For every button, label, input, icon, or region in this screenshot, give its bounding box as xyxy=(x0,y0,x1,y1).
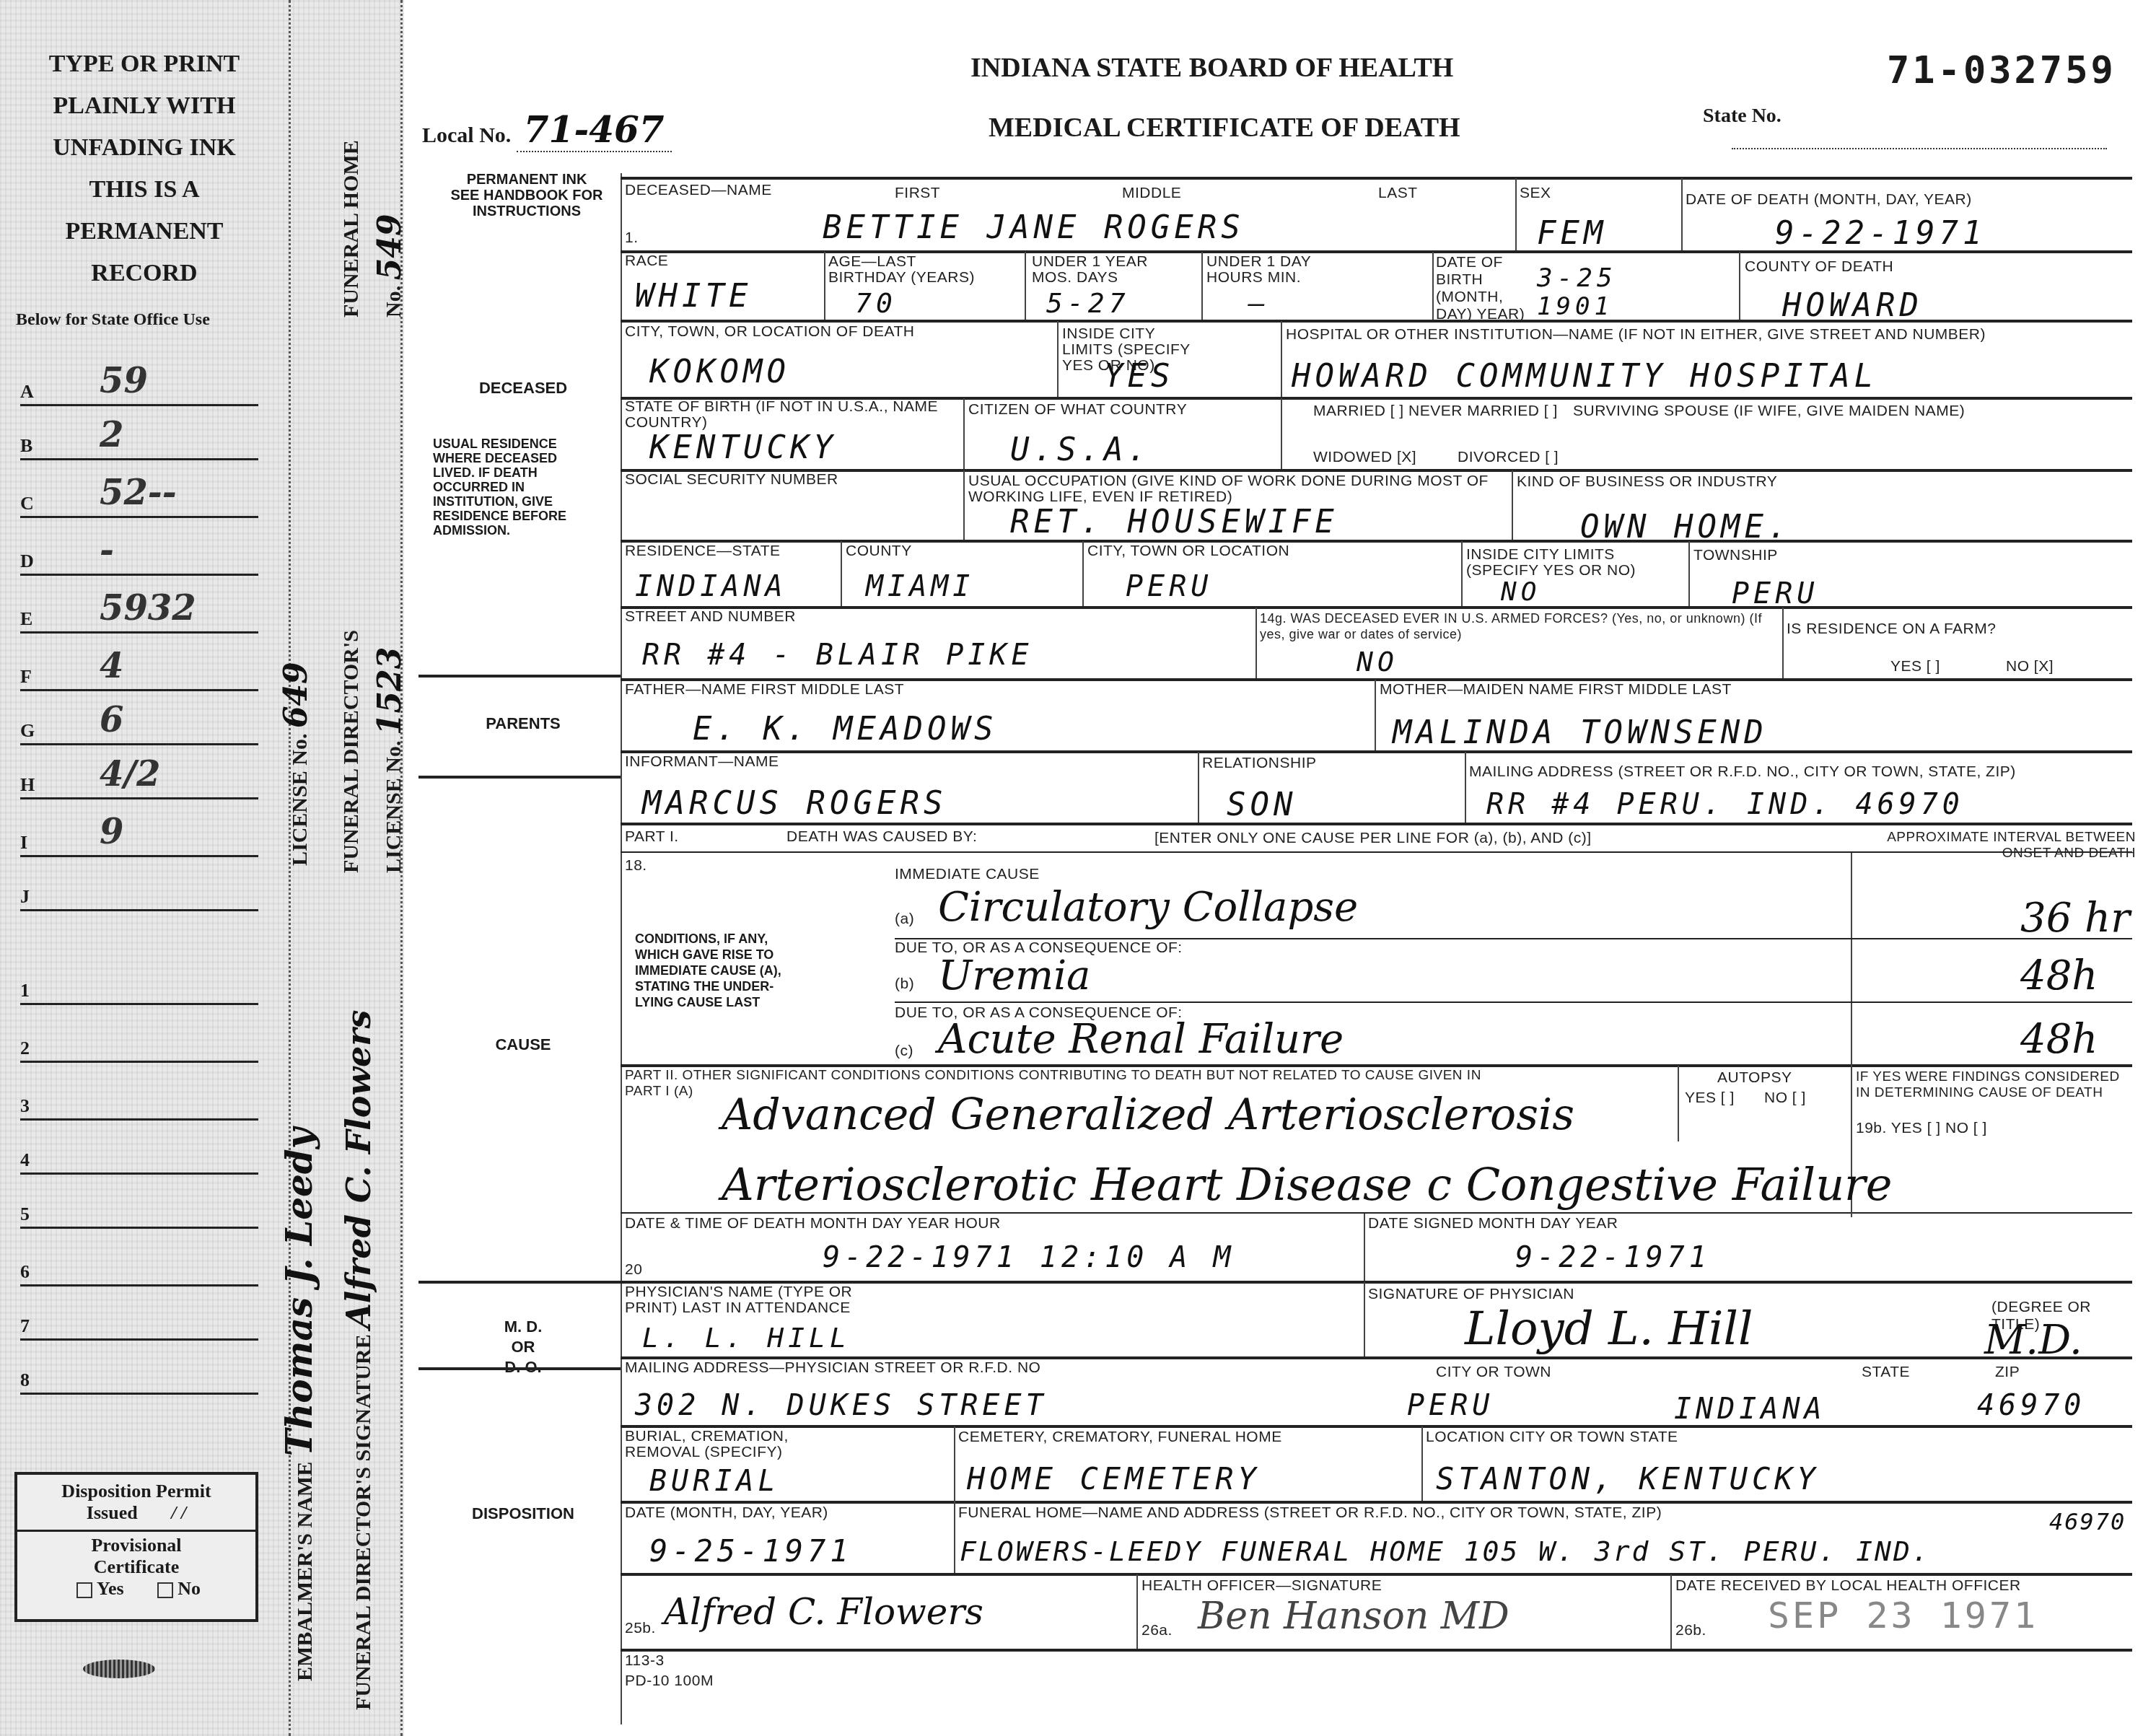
father-label: FATHER—NAME FIRST MIDDLE LAST xyxy=(625,681,904,698)
state-code-row: E5932 xyxy=(20,588,258,634)
state-number-row: 7 xyxy=(20,1295,258,1341)
funeral-home-address: FLOWERS-LEEDY FUNERAL HOME 105 W. 3rd ST… xyxy=(960,1535,1931,1567)
row-label: I xyxy=(20,832,27,854)
relationship: SON xyxy=(1227,786,1297,823)
row-label: H xyxy=(20,774,35,796)
cell-divider xyxy=(1515,178,1517,250)
cell-divider xyxy=(1465,752,1466,823)
cause-b: Uremia xyxy=(938,952,1091,999)
embalmer-license-label: LICENSE No. 649 xyxy=(278,662,315,866)
row-label: 8 xyxy=(20,1369,30,1391)
rule xyxy=(621,1649,2132,1652)
street-label: STREET AND NUMBER xyxy=(625,608,796,626)
physician-city-label: CITY OR TOWN xyxy=(1436,1364,1551,1381)
under-1-day-value: — xyxy=(1248,287,1269,319)
occupation: RET. HOUSEWIFE xyxy=(1010,504,1338,540)
date-of-death-label: DATE OF DEATH (MONTH, DAY, YEAR) xyxy=(1686,191,1972,209)
part-2-condition-2: Arteriosclerotic Heart Disease c Congest… xyxy=(722,1158,1892,1211)
dob-label: DATE OF BIRTH (MONTH, DAY) YEAR) xyxy=(1436,254,1530,323)
cell-divider xyxy=(1432,252,1434,320)
divorced-checkbox[interactable]: DIVORCED [ ] xyxy=(1458,449,1559,466)
state-number-row: 6 xyxy=(20,1241,258,1286)
state-code-row: B2 xyxy=(20,415,258,460)
state-code-row: J xyxy=(20,866,258,911)
row-label: J xyxy=(20,886,30,908)
middle-label: MIDDLE xyxy=(1122,185,1181,202)
inside-city-limits: YES xyxy=(1104,358,1174,395)
state-code-row: F4 xyxy=(20,646,258,691)
mother-label: MOTHER—MAIDEN NAME FIRST MIDDLE LAST xyxy=(1380,681,1732,698)
father-name: E. K. MEADOWS xyxy=(693,711,997,748)
license-label: LICENSE No. xyxy=(382,741,406,873)
residence-county: MIAMI xyxy=(866,570,974,603)
rule xyxy=(621,177,2132,180)
residence-county-label: COUNTY xyxy=(846,543,912,560)
item-18: 18. xyxy=(625,857,647,874)
state-number-row: 3 xyxy=(20,1075,258,1121)
date-received-stamp: SEP 23 1971 xyxy=(1768,1595,2038,1636)
burial-location-label: LOCATION CITY OR TOWN STATE xyxy=(1426,1429,2075,1446)
relationship-label: RELATIONSHIP xyxy=(1202,755,1316,772)
name-label: DECEASED—NAME xyxy=(625,182,772,199)
row-label: G xyxy=(20,720,35,742)
note-line: ADMISSION. xyxy=(433,523,566,538)
cell-divider xyxy=(1057,321,1059,397)
physician-zip-label: ZIP xyxy=(1995,1364,2020,1381)
divider xyxy=(418,776,621,779)
funeral-home-number: 549 xyxy=(372,214,408,280)
autopsy-yes-checkbox[interactable]: YES [ ] xyxy=(1685,1090,1735,1107)
first-label: FIRST xyxy=(895,185,940,202)
physician-label: PHYSICIAN'S NAME (TYPE OR PRINT) LAST IN… xyxy=(625,1284,899,1316)
city-of-death-label: CITY, TOWN, OR LOCATION OF DEATH xyxy=(625,323,914,341)
city-of-death: KOKOMO xyxy=(649,354,790,390)
residence-street: RR #4 - BLAIR PIKE xyxy=(642,639,1033,672)
cause-b-letter: (b) xyxy=(895,976,914,993)
note-line: STATING THE UNDER- xyxy=(635,978,781,994)
hospital-label: HOSPITAL OR OTHER INSTITUTION—NAME (IF N… xyxy=(1286,326,1986,343)
cell-divider xyxy=(1025,252,1026,320)
license-label: LICENSE No. xyxy=(288,734,312,866)
cell-divider xyxy=(841,541,842,606)
item-number: 1. xyxy=(625,229,639,247)
county-of-death: HOWARD xyxy=(1782,287,1923,324)
cell-divider xyxy=(1255,608,1257,678)
cause-a-letter: (a) xyxy=(895,911,914,928)
form-code: 113-3 xyxy=(625,1652,665,1670)
physician-street: 302 N. DUKES STREET xyxy=(635,1389,1048,1422)
provisional-label: Provisional xyxy=(17,1535,255,1556)
informant-mailing: RR #4 PERU. IND. 46970 xyxy=(1486,788,1964,821)
row-value: 4 xyxy=(100,646,123,686)
cell-divider xyxy=(1136,1574,1138,1649)
informant-label: INFORMANT—NAME xyxy=(625,753,779,771)
row-label: 6 xyxy=(20,1261,30,1283)
provisional-no-checkbox[interactable] xyxy=(157,1582,173,1598)
armed-forces-label: 14g. WAS DECEASED EVER IN U.S. ARMED FOR… xyxy=(1260,610,1765,642)
rule xyxy=(621,1425,2132,1428)
cell-divider xyxy=(1421,1426,1423,1501)
cell-divider xyxy=(1281,398,1282,469)
state-no-line xyxy=(1732,148,2107,149)
residence-state: INDIANA xyxy=(635,570,787,603)
state-office-use-label: Below for State Office Use xyxy=(16,310,210,330)
stub-line: PERMANENT xyxy=(14,211,274,253)
row-label: A xyxy=(20,381,34,403)
funeral-director-signature: Alfred C. Flowers xyxy=(664,1591,983,1633)
findings-label: IF YES WERE FINDINGS CONSIDERED IN DETER… xyxy=(1856,1069,2130,1101)
cell-divider xyxy=(954,1426,955,1573)
note-line: PERMANENT INK xyxy=(426,172,628,188)
director-signature-label: FUNERAL DIRECTOR'S SIGNATURE Alfred C. F… xyxy=(339,1010,378,1710)
director-license-no: 1523 xyxy=(372,647,408,735)
stub-line: THIS IS A xyxy=(14,169,274,211)
dob-year: 1901 xyxy=(1537,292,1613,321)
note-line: IMMEDIATE CAUSE (A), xyxy=(635,963,781,978)
stub-line: UNFADING INK xyxy=(14,127,274,169)
age-label: AGE—LAST BIRTHDAY (YEARS) xyxy=(828,254,994,286)
physician-mailing-label: MAILING ADDRESS—PHYSICIAN STREET OR R.F.… xyxy=(625,1359,1040,1377)
dob-month-day: 3-25 xyxy=(1537,263,1617,293)
farm-label: IS RESIDENCE ON A FARM? xyxy=(1787,621,1996,638)
row-value: - xyxy=(100,530,114,571)
state-number-row: 1 xyxy=(20,960,258,1005)
state-code-row: D- xyxy=(20,530,258,576)
rule xyxy=(621,750,2132,753)
disposition-method-label: BURIAL, CREMATION, REMOVAL (SPECIFY) xyxy=(625,1429,841,1460)
last-label: LAST xyxy=(1378,185,1418,202)
row-label: 4 xyxy=(20,1149,30,1171)
union-label-seal-icon xyxy=(83,1660,155,1678)
row-value: 59 xyxy=(100,361,148,401)
embalmer-name-label: EMBALMER'S NAME Thomas J. Leedy xyxy=(278,1128,320,1681)
state-number-row: 8 xyxy=(20,1349,258,1395)
business: OWN HOME. xyxy=(1580,509,1791,545)
rule xyxy=(621,1501,2132,1504)
state-code-row: A59 xyxy=(20,361,258,406)
cause-c-letter: (c) xyxy=(895,1043,913,1060)
state-number-row: 4 xyxy=(20,1129,258,1175)
no-label: No xyxy=(178,1578,201,1599)
row-value: 4/2 xyxy=(100,754,160,794)
cause-c: Acute Renal Failure xyxy=(938,1016,1344,1063)
cell-divider xyxy=(1670,1574,1672,1649)
funeral-home-label: FUNERAL HOME—NAME AND ADDRESS (STREET OR… xyxy=(958,1504,2113,1522)
row-label: 3 xyxy=(20,1095,30,1117)
township: PERU xyxy=(1732,577,1818,610)
armed-forces: NO xyxy=(1357,646,1398,678)
section-cause: CAUSE xyxy=(422,1035,624,1054)
rule xyxy=(895,1001,2132,1003)
embalmer-name-caption: EMBALMER'S NAME xyxy=(293,1462,317,1681)
state-number-row: 5 xyxy=(20,1183,258,1229)
rule xyxy=(621,1573,2132,1576)
cell-divider xyxy=(1375,680,1376,750)
funeral-home-label: FUNERAL HOME xyxy=(339,140,364,317)
note-line: LIVED. IF DEATH xyxy=(433,465,566,480)
section-disposition: DISPOSITION xyxy=(422,1504,624,1523)
state-no-label: State No. xyxy=(1703,105,1782,128)
certificate-number: 71-032759 xyxy=(1887,49,2116,92)
cell-divider xyxy=(1461,541,1463,606)
cause-a: Circulatory Collapse xyxy=(938,884,1358,931)
state-number-row: 2 xyxy=(20,1017,258,1063)
funeral-director-label: FUNERAL DIRECTOR'S xyxy=(339,630,364,873)
date-time-of-death: 9-22-1971 12:10 A M xyxy=(823,1241,1235,1274)
stub-instructions: TYPE OR PRINT PLAINLY WITH UNFADING INK … xyxy=(14,43,274,294)
informant-name: MARCUS ROGERS xyxy=(642,785,947,822)
date-time-of-death-label: DATE & TIME OF DEATH MONTH DAY YEAR HOUR xyxy=(625,1215,1001,1232)
sex-label: SEX xyxy=(1520,185,1551,202)
cell-divider xyxy=(1198,752,1199,823)
cell-divider xyxy=(1688,541,1690,606)
interval-b: 48h xyxy=(2020,952,2098,999)
state-code-row: C52-- xyxy=(20,473,258,518)
section-parents: PARENTS xyxy=(422,714,624,733)
physician-state: INDIANA xyxy=(1674,1393,1826,1426)
physician-signature: Lloyd L. Hill xyxy=(1465,1302,1753,1356)
widowed-checkbox[interactable]: WIDOWED [X] xyxy=(1313,449,1416,466)
divider xyxy=(418,1281,621,1284)
rule xyxy=(621,606,2132,609)
rule xyxy=(621,823,2132,825)
local-no: Local No. 71-467 xyxy=(422,108,672,151)
board-title: INDIANA STATE BOARD OF HEALTH xyxy=(970,52,1453,84)
item-26a: 26a. xyxy=(1141,1622,1173,1639)
occupation-label: USUAL OCCUPATION (GIVE KIND OF WORK DONE… xyxy=(968,473,1517,505)
race-label: RACE xyxy=(625,253,668,270)
form-code-2: PD-10 100M xyxy=(625,1673,714,1690)
row-value: 9 xyxy=(100,812,123,852)
director-license: LICENSE No. 1523 xyxy=(372,647,408,873)
note-line: RESIDENCE BEFORE xyxy=(433,509,566,523)
informant-mailing-label: MAILING ADDRESS (STREET OR R.F.D. NO., C… xyxy=(1469,763,2016,781)
marital-status-label: MARRIED [ ] NEVER MARRIED [ ] xyxy=(1313,403,1558,420)
rule xyxy=(621,1064,2132,1067)
note-line: SEE HANDBOOK FOR xyxy=(426,188,628,203)
business-label: KIND OF BUSINESS OR INDUSTRY xyxy=(1517,473,1777,491)
item-25b: 25b. xyxy=(625,1620,656,1637)
residence-inside-limits: NO xyxy=(1501,577,1541,607)
physician-city: PERU xyxy=(1407,1389,1494,1422)
no-label: No. xyxy=(382,286,406,317)
date-received-label: DATE RECEIVED BY LOCAL HEALTH OFFICER xyxy=(1675,1577,2021,1595)
interval-label: APPROXIMATE INTERVAL BETWEEN ONSET AND D… xyxy=(1869,830,2136,862)
row-label: 1 xyxy=(20,980,30,1001)
note-line: OCCURRED IN xyxy=(433,480,566,494)
divider xyxy=(418,675,621,678)
row-label: E xyxy=(20,608,32,630)
residence-state-label: RESIDENCE—STATE xyxy=(625,543,781,560)
note-line: INSTRUCTIONS xyxy=(426,203,628,219)
interval-c: 48h xyxy=(2020,1016,2098,1063)
embalmer-license-no: 649 xyxy=(278,662,315,728)
under-1-day-label: UNDER 1 DAY HOURS MIN. xyxy=(1206,254,1336,286)
stub-line: RECORD xyxy=(14,253,274,294)
permanent-ink-note: PERMANENT INK SEE HANDBOOK FOR INSTRUCTI… xyxy=(426,172,628,219)
permit-issued-value: / / xyxy=(171,1502,186,1523)
funeral-home-zip: 46970 xyxy=(2049,1508,2126,1535)
row-label: D xyxy=(20,551,34,572)
residence-city: PERU xyxy=(1126,570,1212,603)
rule xyxy=(621,469,2132,472)
form-left-rule xyxy=(621,173,622,1724)
ssn-label: SOCIAL SECURITY NUMBER xyxy=(625,471,838,488)
row-value: 52-- xyxy=(100,473,177,513)
row-label: 7 xyxy=(20,1315,30,1337)
provisional-yes-checkbox[interactable] xyxy=(76,1582,92,1598)
local-no-value: 71-467 xyxy=(517,108,672,152)
cell-divider xyxy=(963,398,965,469)
embalmer-name: Thomas J. Leedy xyxy=(278,1128,320,1456)
date-of-death: 9-22-1971 xyxy=(1775,215,1986,252)
deceased-name: BETTIE JANE ROGERS xyxy=(823,209,1245,246)
farm-no-checkbox[interactable]: NO [X] xyxy=(2006,658,2054,675)
physician-state-label: STATE xyxy=(1862,1364,1910,1381)
signature-caption: FUNERAL DIRECTOR'S SIGNATURE xyxy=(351,1334,375,1710)
date-signed-label: DATE SIGNED MONTH DAY YEAR xyxy=(1368,1215,1618,1232)
permit-title: Disposition Permit xyxy=(25,1481,248,1502)
cell-divider xyxy=(824,252,825,320)
row-label: C xyxy=(20,493,34,514)
disposition-date: 9-25-1971 xyxy=(649,1533,853,1569)
farm-yes-checkbox[interactable]: YES [ ] xyxy=(1890,658,1940,675)
under-1-year-label: UNDER 1 YEAR MOS. DAYS xyxy=(1032,254,1154,286)
cell-divider xyxy=(1512,470,1513,540)
cell-divider xyxy=(963,470,965,540)
citizen-value: U.S.A. xyxy=(1010,431,1151,468)
birth-state-label: STATE OF BIRTH (IF NOT IN U.S.A., NAME C… xyxy=(625,399,950,431)
immediate-cause-label: IMMEDIATE CAUSE xyxy=(895,866,1040,883)
local-no-label: Local No. xyxy=(422,123,511,147)
cell-divider xyxy=(1281,321,1282,397)
part-1-label: PART I. xyxy=(625,828,679,846)
caused-by-label: DEATH WAS CAUSED BY: xyxy=(786,828,977,846)
item-26b: 26b. xyxy=(1675,1622,1706,1639)
physician-zip: 46970 xyxy=(1977,1389,2085,1422)
state-code-row: H4/2 xyxy=(20,754,258,799)
certificate-label: Certificate xyxy=(17,1556,255,1578)
cell-divider xyxy=(1364,1214,1365,1281)
certificate-title: MEDICAL CERTIFICATE OF DEATH xyxy=(989,112,1460,144)
usual-residence-note: USUAL RESIDENCE WHERE DECEASED LIVED. IF… xyxy=(433,437,566,538)
row-label: F xyxy=(20,666,32,688)
cemetery: HOME CEMETERY xyxy=(967,1461,1261,1496)
row-value: 5932 xyxy=(100,588,196,628)
cell-divider xyxy=(1082,541,1084,606)
row-label: 2 xyxy=(20,1038,30,1059)
physician-signature-label: SIGNATURE OF PHYSICIAN xyxy=(1368,1286,1574,1303)
residence-inside-limits-label: INSIDE CITY LIMITS (SPECIFY YES OR NO) xyxy=(1466,547,1683,579)
physician-name: L. L. HILL xyxy=(642,1322,851,1354)
section-deceased: DECEASED xyxy=(422,379,624,398)
note-line: INSTITUTION, GIVE xyxy=(433,494,566,509)
funeral-home-no: No. 549 xyxy=(372,214,408,317)
state-code-row: G6 xyxy=(20,700,258,745)
permit-issued-label: Issued xyxy=(87,1502,138,1523)
rule xyxy=(621,1212,2132,1214)
cell-divider xyxy=(1364,1282,1365,1356)
note-line: WHERE DECEASED xyxy=(433,451,566,465)
under-1-year-value: 5-27 xyxy=(1046,287,1130,319)
health-officer-signature: Ben Hanson MD xyxy=(1198,1595,1509,1638)
yes-label: Yes xyxy=(97,1578,124,1599)
row-value: 2 xyxy=(100,415,123,455)
cell-divider xyxy=(1681,178,1683,250)
stub-line: PLAINLY WITH xyxy=(14,85,274,127)
sex-value: FEM xyxy=(1537,215,1607,252)
disposition-method: BURIAL xyxy=(649,1465,780,1498)
interval-a: 36 hr xyxy=(2020,895,2130,942)
note-line: WHICH GAVE RISE TO xyxy=(635,947,781,963)
hospital-name: HOWARD COMMUNITY HOSPITAL xyxy=(1292,358,1877,395)
birth-state: KENTUCKY xyxy=(649,429,837,466)
director-signature: Alfred C. Flowers xyxy=(339,1010,378,1329)
divider xyxy=(418,1367,621,1370)
residence-city-label: CITY, TOWN OR LOCATION xyxy=(1087,543,1289,560)
note-line: LYING CAUSE LAST xyxy=(635,994,781,1010)
autopsy-no-checkbox[interactable]: NO [ ] xyxy=(1764,1090,1806,1107)
cell-divider xyxy=(1782,608,1784,678)
state-code-row: I9 xyxy=(20,812,258,857)
burial-location: STANTON, KENTUCKY xyxy=(1436,1461,1820,1496)
row-value: 6 xyxy=(100,700,123,740)
age-value: 70 xyxy=(855,287,897,319)
note-line: USUAL RESIDENCE xyxy=(433,437,566,451)
race-value: WHITE xyxy=(635,278,752,315)
cemetery-label: CEMETERY, CREMATORY, FUNERAL HOME xyxy=(958,1429,1282,1446)
cause-instruction: [ENTER ONLY ONE CAUSE PER LINE FOR (a), … xyxy=(1154,830,1592,847)
date-signed: 9-22-1971 xyxy=(1515,1241,1711,1274)
township-label: TOWNSHIP xyxy=(1693,547,1778,564)
mother-name: MALINDA TOWNSEND xyxy=(1393,714,1768,751)
disposition-date-label: DATE (MONTH, DAY, YEAR) xyxy=(625,1504,828,1522)
conditions-note: CONDITIONS, IF ANY, WHICH GAVE RISE TO I… xyxy=(635,931,781,1010)
part-2-condition-1: Advanced Generalized Arteriosclerosis xyxy=(722,1090,1574,1140)
row-label: 5 xyxy=(20,1204,30,1225)
item-20: 20 xyxy=(625,1261,642,1279)
note-line: CONDITIONS, IF ANY, xyxy=(635,931,781,947)
disposition-permit-box: Disposition Permit Issued / / Provisiona… xyxy=(14,1472,258,1622)
stub-line: TYPE OR PRINT xyxy=(14,43,274,85)
health-officer-label: HEALTH OFFICER—SIGNATURE xyxy=(1141,1577,1382,1595)
degree: M.D. xyxy=(1984,1317,2082,1364)
autopsy-label: AUTOPSY xyxy=(1717,1069,1792,1087)
findings-checkboxes[interactable]: 19b. YES [ ] NO [ ] xyxy=(1856,1120,1987,1137)
county-of-death-label: COUNTY OF DEATH xyxy=(1745,258,1893,276)
row-label: B xyxy=(20,435,32,457)
citizen-label: CITIZEN OF WHAT COUNTRY xyxy=(968,401,1187,418)
cell-divider xyxy=(1678,1066,1679,1141)
cell-divider xyxy=(1201,252,1203,320)
md-label: M. D. xyxy=(422,1317,624,1337)
or-label: OR xyxy=(422,1337,624,1357)
cell-divider xyxy=(1739,252,1740,320)
spouse-label: SURVIVING SPOUSE (IF WIFE, GIVE MAIDEN N… xyxy=(1573,403,1965,420)
